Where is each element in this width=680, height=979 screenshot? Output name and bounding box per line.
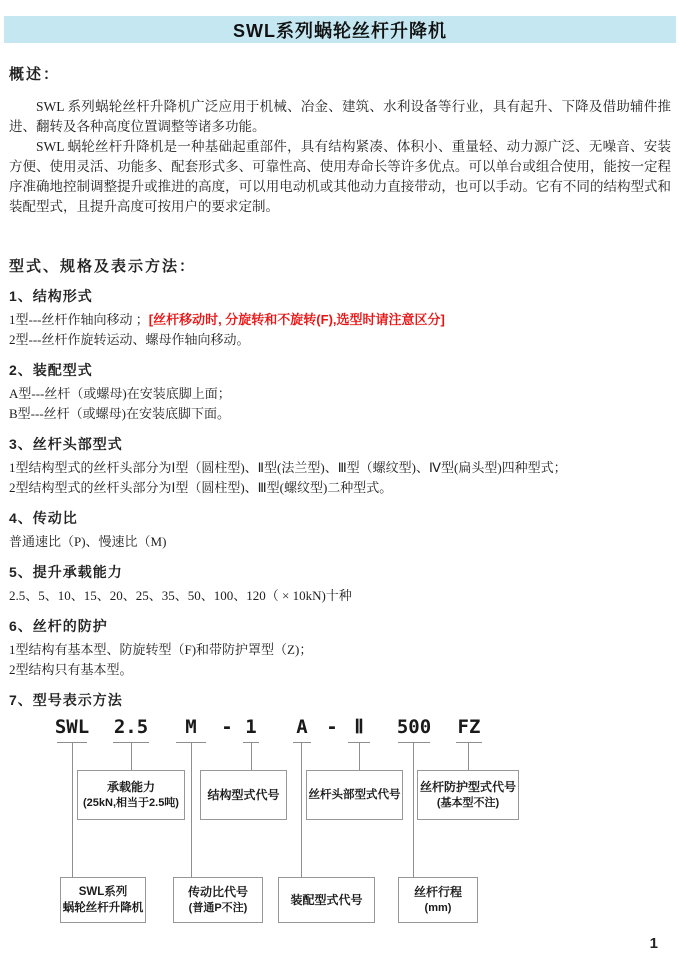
callout-box-ratio-code: 传动比代号 (普通P不注) bbox=[173, 877, 263, 923]
page-number: 1 bbox=[650, 935, 658, 952]
model-token-ratio: M bbox=[185, 716, 196, 738]
spec-heading: 型式、规格及表示方法： bbox=[9, 255, 671, 276]
callout-connector bbox=[251, 743, 252, 770]
callout-label: 结构型式代号 bbox=[207, 787, 279, 803]
callout-label: 蜗轮丝杆升降机 bbox=[63, 900, 144, 916]
callout-connector bbox=[413, 743, 414, 877]
callout-box-series: SWL系列 蜗轮丝杆升降机 bbox=[60, 877, 146, 923]
datasheet-page: SWL系列蜗轮丝杆升降机 概述： SWL 系列蜗轮丝杆升降机广泛应用于机械、冶金… bbox=[0, 0, 680, 979]
token-underline bbox=[293, 742, 311, 743]
spec-section-2: 2、装配型式 A型---丝杆（或螺母)在安装底脚上面； B型---丝杆（或螺母)… bbox=[9, 360, 671, 424]
callout-label: (25kN,相当于2.5吨) bbox=[83, 795, 179, 811]
model-token-travel: 500 bbox=[397, 716, 431, 738]
model-token-assembly: A bbox=[296, 716, 307, 738]
spec-section-6: 6、丝杆的防护 1型结构有基本型、防旋转型（F)和带防护罩型（Z)； 2型结构只… bbox=[9, 616, 671, 680]
section-line: 普通速比（P)、慢速比（M) bbox=[9, 532, 671, 552]
section-line: 1型结构有基本型、防旋转型（F)和带防护罩型（Z)； bbox=[9, 640, 671, 660]
callout-box-screw-head-type: 丝杆头部型式代号 bbox=[306, 770, 403, 820]
token-underline bbox=[456, 742, 482, 743]
section-title: 1、结构形式 bbox=[9, 286, 671, 306]
callout-label: 丝杆防护型式代号 bbox=[420, 779, 516, 795]
callout-connector bbox=[191, 743, 192, 877]
spec-section-5: 5、提升承载能力 2.5、5、10、15、20、25、35、50、100、120… bbox=[9, 562, 671, 606]
callout-label: 承载能力 bbox=[107, 779, 155, 795]
spec-section-3: 3、丝杆头部型式 1型结构型式的丝杆头部分为Ⅰ型（圆柱型)、Ⅱ型(法兰型)、Ⅲ型… bbox=[9, 434, 671, 498]
section-line: 2.5、5、10、15、20、25、35、50、100、120（ × 10kN)… bbox=[9, 586, 671, 606]
section-line-text: 1型---丝杆作轴向移动 ； bbox=[9, 312, 149, 327]
overview-paragraph: SWL 系列蜗轮丝杆升降机广泛应用于机械、冶金、建筑、水利设备等行业，具有起升、… bbox=[9, 97, 671, 137]
callout-label: (普通P不注) bbox=[189, 900, 248, 916]
callout-label: SWL系列 bbox=[79, 884, 128, 900]
callout-connector bbox=[468, 743, 469, 770]
model-token-protection: FZ bbox=[458, 716, 481, 738]
callout-box-screw-travel: 丝杆行程 (mm) bbox=[398, 877, 478, 923]
callout-label: (mm) bbox=[425, 900, 452, 916]
model-token-structure: 1 bbox=[245, 716, 256, 738]
section-line: 1型---丝杆作轴向移动 ；[丝杆移动时, 分旋转和不旋转(F),选型时请注意区… bbox=[9, 310, 671, 330]
spec-section-1: 1、结构形式 1型---丝杆作轴向移动 ；[丝杆移动时, 分旋转和不旋转(F),… bbox=[9, 286, 671, 350]
section-title: 5、提升承载能力 bbox=[9, 562, 671, 582]
model-token-dash: - bbox=[221, 716, 232, 738]
section-line: B型---丝杆（或螺母)在安装底脚下面。 bbox=[9, 404, 671, 424]
callout-box-structure-type: 结构型式代号 bbox=[200, 770, 287, 820]
section-title: 4、传动比 bbox=[9, 508, 671, 528]
model-designation-diagram: SWL 2.5 M - 1 A - Ⅱ 500 FZ 承载能力 (25kN,相当… bbox=[0, 706, 680, 966]
section-line: 2型结构型式的丝杆头部分为Ⅰ型（圆柱型)、Ⅲ型(螺纹型)二种型式。 bbox=[9, 478, 671, 498]
section-line: A型---丝杆（或螺母)在安装底脚上面； bbox=[9, 384, 671, 404]
callout-label: 丝杆行程 bbox=[414, 884, 462, 900]
page-title-bar: SWL系列蜗轮丝杆升降机 bbox=[4, 16, 676, 43]
model-token-head-type: Ⅱ bbox=[354, 716, 363, 738]
callout-box-load-capacity: 承载能力 (25kN,相当于2.5吨) bbox=[77, 770, 185, 820]
model-token-series: SWL bbox=[55, 716, 89, 738]
section-line: 2型---丝杆作旋转运动、螺母作轴向移动。 bbox=[9, 330, 671, 350]
callout-connector bbox=[72, 743, 73, 877]
callout-label: 丝杆头部型式代号 bbox=[309, 787, 401, 803]
page-content: 概述： SWL 系列蜗轮丝杆升降机广泛应用于机械、冶金、建筑、水利设备等行业，具… bbox=[9, 63, 671, 710]
callout-connector bbox=[131, 743, 132, 770]
model-token-dash: - bbox=[326, 716, 337, 738]
overview-heading: 概述： bbox=[9, 63, 671, 84]
callout-box-assembly-type: 装配型式代号 bbox=[278, 877, 375, 923]
section-line: 2型结构只有基本型。 bbox=[9, 660, 671, 680]
section-title: 3、丝杆头部型式 bbox=[9, 434, 671, 454]
section-title: 2、装配型式 bbox=[9, 360, 671, 380]
spec-section-4: 4、传动比 普通速比（P)、慢速比（M) bbox=[9, 508, 671, 552]
section-title: 6、丝杆的防护 bbox=[9, 616, 671, 636]
callout-connector bbox=[359, 743, 360, 770]
token-underline bbox=[398, 742, 430, 743]
callout-label: 装配型式代号 bbox=[290, 892, 362, 908]
callout-box-screw-protection: 丝杆防护型式代号 (基本型不注) bbox=[417, 770, 519, 820]
model-token-capacity: 2.5 bbox=[114, 716, 148, 738]
page-title: SWL系列蜗轮丝杆升降机 bbox=[233, 17, 447, 43]
callout-connector bbox=[301, 743, 302, 877]
red-selection-note: [丝杆移动时, 分旋转和不旋转(F),选型时请注意区分] bbox=[149, 312, 445, 327]
section-line: 1型结构型式的丝杆头部分为Ⅰ型（圆柱型)、Ⅱ型(法兰型)、Ⅲ型（螺纹型)、Ⅳ型(… bbox=[9, 458, 671, 478]
overview-paragraph: SWL 蜗轮丝杆升降机是一种基础起重部件，具有结构紧凑、体积小、重量轻、动力源广… bbox=[9, 137, 671, 217]
callout-label: (基本型不注) bbox=[437, 795, 499, 811]
callout-label: 传动比代号 bbox=[188, 884, 248, 900]
